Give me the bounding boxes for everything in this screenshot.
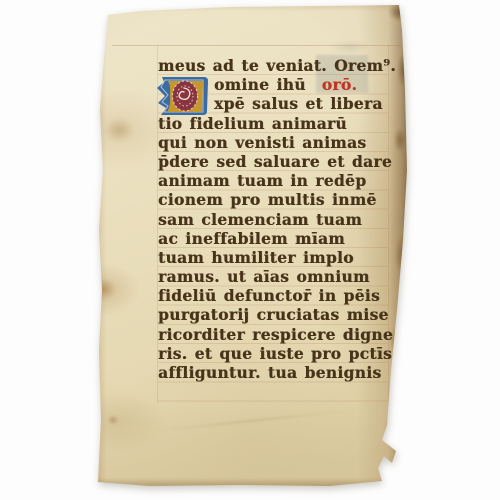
rubric-oratio: orō.	[322, 75, 357, 94]
text-line: affliguntur. tua benignis	[158, 363, 388, 382]
vellum-stain	[104, 118, 134, 142]
vellum-stain	[330, 40, 370, 54]
text-line: p̄dere sed saluare et dare	[158, 152, 388, 171]
ruling-line-top	[112, 45, 402, 46]
text-line: ris. et que iuste pro pctīs	[158, 344, 388, 363]
vellum-stain	[108, 416, 118, 424]
text-line: ramus. ut aīas omnium	[158, 267, 388, 286]
left-edge-stain	[96, 10, 108, 490]
bottom-edge-stain	[95, 468, 393, 490]
text-line: tio fidelium animarū	[158, 114, 388, 133]
text-line-start: omine ihū	[214, 75, 306, 94]
text-line: purgatorij cruciatas mise	[158, 305, 388, 324]
text-line: fideliū defunctor̄ in pēis	[158, 286, 388, 305]
text-line: animam tuam in redēp	[158, 171, 388, 190]
text-line: tuam humiliter implo	[158, 248, 388, 267]
text-line: cionem pro multis inmē	[158, 190, 388, 209]
illuminated-initial-d	[153, 76, 209, 116]
text-line: meus ad te veniat. Orem⁹.	[158, 56, 388, 75]
text-line: ricorditer respicere digne	[158, 325, 388, 344]
text-line: sam clemenciam tuam	[158, 210, 388, 229]
text-line: ac ineffabilem mīam	[158, 229, 388, 248]
top-edge-stain	[100, 0, 405, 14]
manuscript-leaf-shadow: meus ad te veniat. Orem⁹. omine ihūorō. …	[0, 0, 500, 500]
text-line: qui non venisti animas	[158, 133, 388, 152]
manuscript-leaf: meus ad te veniat. Orem⁹. omine ihūorō. …	[0, 0, 500, 500]
vellum-stain	[90, 278, 116, 300]
photo-background: meus ad te veniat. Orem⁹. omine ihūorō. …	[0, 0, 500, 500]
